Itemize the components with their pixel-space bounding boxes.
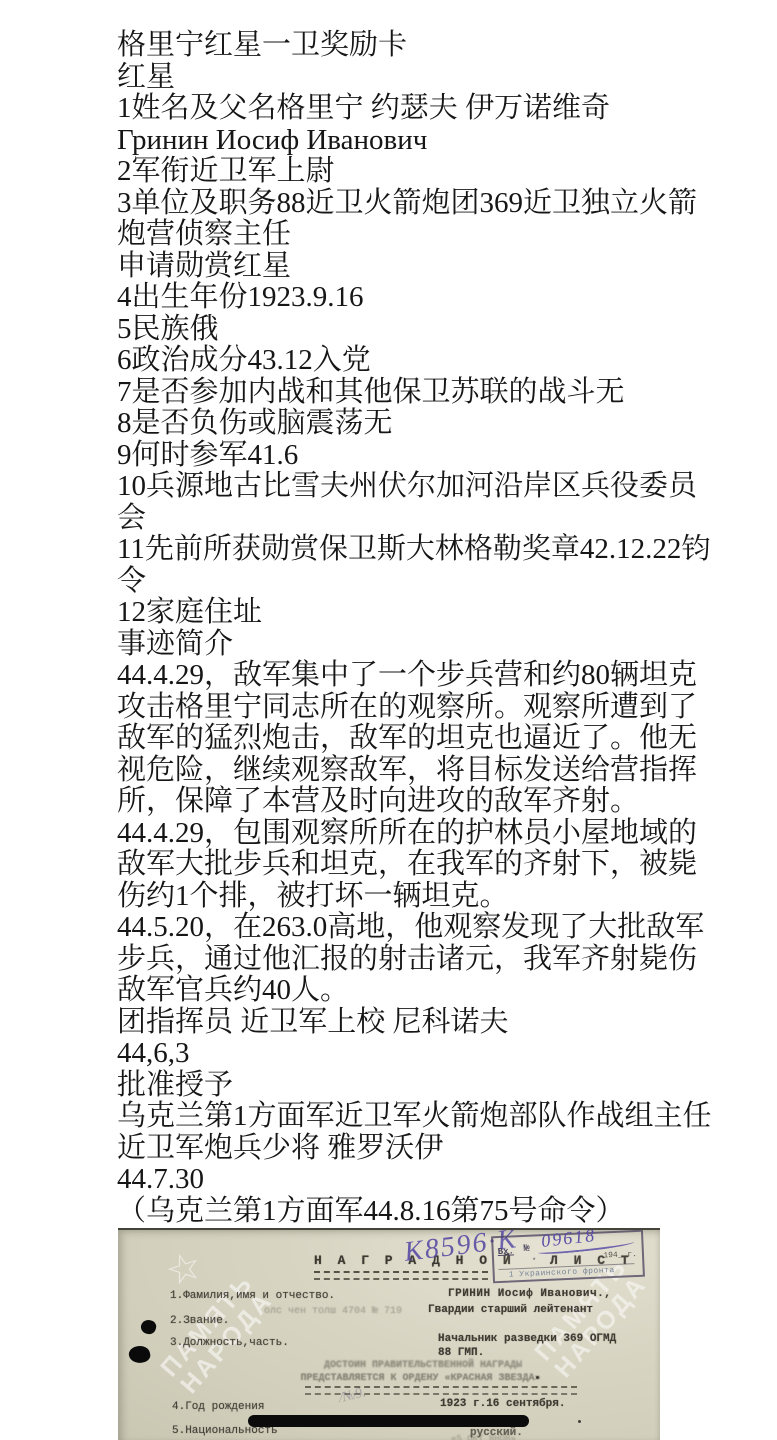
title-underline: [314, 1271, 488, 1280]
translation-line: 申请勋赏红星: [117, 251, 717, 283]
ghost-award-line2: ПРЕДСТАВЛЯЕТСЯ К ОРДЕНУ «КРАСНАЯ ЗВЕЗДА»: [248, 1373, 593, 1384]
translation-line: 2军衔近卫军上尉: [117, 156, 717, 188]
bottom-ghost-text: «5 ОКТ ЯНОВ»: [451, 1434, 516, 1440]
translation-line: 44.7.30: [117, 1164, 717, 1196]
paper-speck: [578, 1420, 581, 1423]
translation-line: 7是否参加内战和其他保卫苏联的战斗无: [117, 377, 717, 409]
hole-punch: [127, 1344, 151, 1365]
row1-value: ГРИНИН Иосиф Иванович.,: [448, 1288, 611, 1300]
translation-line: 所，保障了本营及时向进攻的敌军齐射。: [117, 786, 717, 818]
translation-line: 44.5.20，在263.0高地，他观察发现了大批敌军: [117, 912, 717, 944]
translation-line: 令: [117, 566, 717, 598]
row1-label: 1.Фамилия,имя и отчество.: [170, 1290, 335, 1302]
translation-line: 10兵源地古比雪夫州伏尔加河沿岸区兵役委员: [117, 471, 717, 503]
translation-line: 9何时参军41.6: [117, 440, 717, 472]
translation-line: 事迹简介: [117, 629, 717, 661]
translation-line: 44,6,3: [117, 1038, 717, 1070]
row4-label: 4.Год рождения: [172, 1401, 264, 1413]
translation-line: 步兵，通过他汇报的射击诸元，我军齐射毙伤: [117, 944, 717, 976]
translation-line: 6政治成分43.12入党: [117, 345, 717, 377]
translation-line: 会: [117, 503, 717, 535]
translation-line: 炮营侦察主任: [117, 219, 717, 251]
translation-line: 4出生年份1923.9.16: [117, 282, 717, 314]
stamp-year-line: 194__г.: [603, 1250, 637, 1260]
redaction-bar: [248, 1415, 529, 1427]
hole-punch: [139, 1318, 158, 1336]
translation-line: 44.4.29，敌军集中了一个步兵营和约80辆坦克: [117, 660, 717, 692]
translation-line: 红星: [117, 62, 717, 94]
row2-label: 2.Звание.: [170, 1315, 229, 1327]
translation-line: 敌军大批步兵和坦克，在我军的齐射下，被毙: [117, 849, 717, 881]
row3-value-line2: 88 ГМП.: [438, 1347, 484, 1359]
translation-text-block: 格里宁红星一卫奖励卡红星1姓名及父名格里宁 约瑟夫 伊万诺维奇Гринин Ио…: [117, 30, 717, 1227]
translation-line: 8是否负伤或脑震荡无: [117, 408, 717, 440]
watermark-star-icon: ☆: [160, 1242, 208, 1297]
translation-line: 伤约1个排，被打坏一辆坦克。: [117, 881, 717, 913]
ghost-award-line1: ДОСТОИН ПРАВИТЕЛЬСТВЕННОЙ НАГРАДЫ: [258, 1360, 588, 1371]
row5-label: 5.Национальность: [172, 1425, 278, 1437]
translation-line: Гринин Иосиф Иванович: [117, 125, 717, 157]
translation-line: 乌克兰第1方面军近卫军火箭炮部队作战组主任: [117, 1101, 717, 1133]
page: 格里宁红星一卫奖励卡红星1姓名及父名格里宁 约瑟夫 伊万诺维奇Гринин Ио…: [0, 0, 777, 1440]
row4-value: 1923 г.16 сентября.: [440, 1398, 565, 1410]
row2-value: Гвардии старший лейтенант: [428, 1304, 593, 1316]
translation-line: 1姓名及父名格里宁 约瑟夫 伊万诺维奇: [117, 93, 717, 125]
translation-line: 格里宁红星一卫奖励卡: [117, 30, 717, 62]
row2-ghost-text: олс чен толш 4704 № 719: [264, 1306, 402, 1317]
translation-line: 攻击格里宁同志所在的观察所。观察所遭到了: [117, 692, 717, 724]
translation-line: 敌军的猛烈炮击，敌军的坦克也逼近了。他无: [117, 723, 717, 755]
translation-line: 敌军官兵约40人。: [117, 975, 717, 1007]
translation-line: 视危险，继续观察敌军，将目标发送给营指挥: [117, 755, 717, 787]
translation-line: （乌克兰第1方面军44.8.16第75号命令）: [117, 1196, 717, 1228]
row3-value-line1: Начальник разведки 369 ОГМД: [438, 1333, 616, 1345]
translation-line: 5民族俄: [117, 314, 717, 346]
scanned-document: ☆ ПАМЯТЬ НАРОДА ПАМЯТЬ НАРОДА Н А Г Р А …: [118, 1228, 660, 1440]
translation-line: 批准授予: [117, 1070, 717, 1102]
translation-line: 44.4.29，包围观察所所在的护林员小屋地域的: [117, 818, 717, 850]
stamp-asterisk: *: [532, 1257, 537, 1265]
stamp-inbox-label: Вх.: [498, 1246, 515, 1257]
translation-line: 3单位及职务88近卫火箭炮团369近卫独立火箭: [117, 188, 717, 220]
row3-label: 3.Должность,часть.: [170, 1337, 289, 1349]
translation-line: 11先前所获勋赏保卫斯大林格勒奖章42.12.22钧: [117, 534, 717, 566]
stamp-number-sign: №: [523, 1244, 529, 1255]
translation-line: 12家庭住址: [117, 597, 717, 629]
translation-line: 团指挥员 近卫军上校 尼科诺夫: [117, 1007, 717, 1039]
translation-line: 近卫军炮兵少将 雅罗沃伊: [117, 1133, 717, 1165]
registration-stamp: Вх. № 09618 * 194__г. 1 Украинского фрон…: [491, 1230, 645, 1284]
watermark-left: ПАМЯТЬ НАРОДА: [142, 1253, 293, 1415]
